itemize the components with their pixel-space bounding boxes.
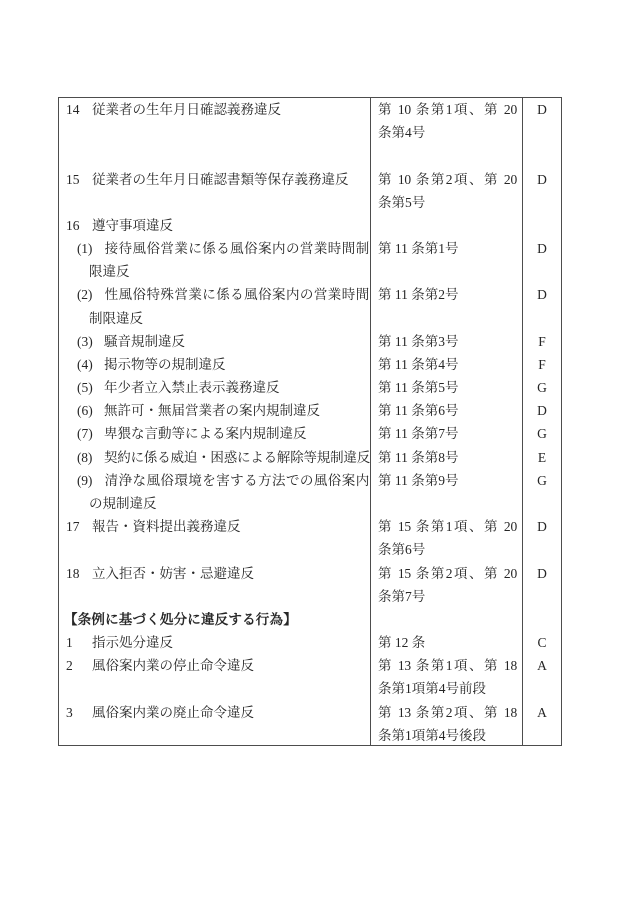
item-cell: 3風俗案内業の廃止命令違反 bbox=[59, 701, 371, 746]
item-number: 14 bbox=[66, 98, 92, 121]
table-row: (4)掲示物等の規制違反第 11 条第4号F bbox=[59, 353, 561, 376]
item-text: 卑猥な言動等による案内規制違反 bbox=[104, 426, 307, 441]
item-line: (8)契約に係る威迫・困惑による解除等規制違反 bbox=[59, 446, 370, 469]
item-text: 報告・資料提出義務違反 bbox=[92, 519, 241, 534]
item-cell: 16遵守事項違反 bbox=[59, 214, 371, 237]
item-number: (3) bbox=[77, 330, 104, 353]
item-text: 従業者の生年月日確認義務違反 bbox=[92, 102, 281, 117]
item-line: 16遵守事項違反 bbox=[59, 214, 370, 237]
law-cell: 第 10 条第2項、第 20条第5号 bbox=[371, 168, 523, 214]
grade-text: A bbox=[523, 654, 561, 677]
grade-cell: G bbox=[523, 376, 561, 399]
item-line: (9)清浄な風俗環境を害する方法での風俗案内 bbox=[59, 469, 370, 492]
grade-cell: F bbox=[523, 330, 561, 353]
table-row: (1)接待風俗営業に係る風俗案内の営業時間制限違反第 11 条第1号D bbox=[59, 237, 561, 283]
grade-cell: D bbox=[523, 515, 561, 561]
table-row: 3風俗案内業の廃止命令違反第 13 条第2項、第 18条第1項第4号後段A bbox=[59, 701, 561, 746]
grade-cell: G bbox=[523, 422, 561, 445]
table-row: (3)騒音規制違反第 11 条第3号F bbox=[59, 330, 561, 353]
grade-text: C bbox=[523, 631, 561, 654]
law-line: 第 15 条第1項、第 20 bbox=[371, 515, 522, 538]
law-line: 第 13 条第1項、第 18 bbox=[371, 654, 522, 677]
table-row: (9)清浄な風俗環境を害する方法での風俗案内の規制違反第 11 条第9号G bbox=[59, 469, 561, 515]
law-cell: 第 15 条第1項、第 20条第6号 bbox=[371, 515, 523, 561]
item-number: 3 bbox=[66, 701, 92, 724]
item-cell: (8)契約に係る威迫・困惑による解除等規制違反 bbox=[59, 446, 371, 469]
law-line: 第 11 条第4号 bbox=[371, 353, 522, 376]
grade-text: D bbox=[523, 515, 561, 538]
document-page: 14従業者の生年月日確認義務違反第 10 条第1項、第 20条第4号D15従業者… bbox=[0, 0, 630, 903]
law-cell: 第 11 条第9号 bbox=[371, 469, 523, 515]
law-line: 第 11 条第7号 bbox=[371, 422, 522, 445]
item-number: (7) bbox=[77, 422, 104, 445]
grade-text: F bbox=[523, 330, 561, 353]
item-text: 騒音規制違反 bbox=[104, 334, 185, 349]
table-row: 15従業者の生年月日確認書類等保存義務違反第 10 条第2項、第 20条第5号D bbox=[59, 168, 561, 214]
law-cell bbox=[371, 214, 523, 237]
item-number: (4) bbox=[77, 353, 104, 376]
item-line: 14従業者の生年月日確認義務違反 bbox=[59, 98, 370, 121]
item-text: 従業者の生年月日確認書類等保存義務違反 bbox=[92, 172, 349, 187]
item-cell: (6)無許可・無届営業者の案内規制違反 bbox=[59, 399, 371, 422]
item-text: 風俗案内業の停止命令違反 bbox=[92, 658, 254, 673]
item-text: 立入拒否・妨害・忌避違反 bbox=[92, 566, 254, 581]
item-line: 17報告・資料提出義務違反 bbox=[59, 515, 370, 538]
law-line: 条第7号 bbox=[371, 585, 522, 608]
item-line: (3)騒音規制違反 bbox=[59, 330, 370, 353]
item-line: 2風俗案内業の停止命令違反 bbox=[59, 654, 370, 677]
item-number: 16 bbox=[66, 214, 92, 237]
law-cell: 第 11 条第5号 bbox=[371, 376, 523, 399]
item-cell: 2風俗案内業の停止命令違反 bbox=[59, 654, 371, 700]
table-row: (7)卑猥な言動等による案内規制違反第 11 条第7号G bbox=[59, 422, 561, 445]
grade-cell: F bbox=[523, 353, 561, 376]
item-text: 接待風俗営業に係る風俗案内の営業時間制 bbox=[104, 241, 369, 256]
grade-cell: A bbox=[523, 701, 561, 746]
grade-cell: D bbox=[523, 562, 561, 608]
item-number: (2) bbox=[77, 283, 104, 306]
law-line: 第 11 条第3号 bbox=[371, 330, 522, 353]
item-cell: (9)清浄な風俗環境を害する方法での風俗案内の規制違反 bbox=[59, 469, 371, 515]
item-cell: 18立入拒否・妨害・忌避違反 bbox=[59, 562, 371, 608]
grade-cell: G bbox=[523, 469, 561, 515]
item-cell: (2)性風俗特殊営業に係る風俗案内の営業時間制限違反 bbox=[59, 283, 371, 329]
law-cell: 第 11 条第8号 bbox=[371, 446, 523, 469]
item-number: (6) bbox=[77, 399, 104, 422]
item-text: 性風俗特殊営業に係る風俗案内の営業時間 bbox=[104, 287, 369, 302]
grade-text: G bbox=[523, 422, 561, 445]
grade-text: F bbox=[523, 353, 561, 376]
law-line: 第 11 条第1号 bbox=[371, 237, 522, 260]
law-cell: 第 13 条第1項、第 18条第1項第4号前段 bbox=[371, 654, 523, 700]
section-header-line: 【条例に基づく処分に違反する行為】 bbox=[59, 608, 370, 631]
item-text: 遵守事項違反 bbox=[92, 218, 173, 233]
table-row: (2)性風俗特殊営業に係る風俗案内の営業時間制限違反第 11 条第2号D bbox=[59, 283, 561, 329]
grade-cell: E bbox=[523, 446, 561, 469]
grade-cell: D bbox=[523, 98, 561, 168]
item-line: 15従業者の生年月日確認書類等保存義務違反 bbox=[59, 168, 370, 191]
law-cell bbox=[371, 608, 523, 631]
grade-text: D bbox=[523, 237, 561, 260]
law-cell: 第 11 条第1号 bbox=[371, 237, 523, 283]
grade-text: G bbox=[523, 469, 561, 492]
table-row: (6)無許可・無届営業者の案内規制違反第 11 条第6号D bbox=[59, 399, 561, 422]
violation-table: 14従業者の生年月日確認義務違反第 10 条第1項、第 20条第4号D15従業者… bbox=[58, 97, 562, 746]
item-text: 無許可・無届営業者の案内規制違反 bbox=[104, 403, 320, 418]
item-text: 指示処分違反 bbox=[92, 635, 173, 650]
item-text: 清浄な風俗環境を害する方法での風俗案内 bbox=[104, 473, 369, 488]
item-cell: (5)年少者立入禁止表示義務違反 bbox=[59, 376, 371, 399]
grade-cell: D bbox=[523, 283, 561, 329]
grade-cell: D bbox=[523, 237, 561, 283]
law-line: 第 15 条第2項、第 20 bbox=[371, 562, 522, 585]
item-text: 契約に係る威迫・困惑による解除等規制違反 bbox=[104, 450, 370, 465]
item-cell: (4)掲示物等の規制違反 bbox=[59, 353, 371, 376]
table-row: 17報告・資料提出義務違反第 15 条第1項、第 20条第6号D bbox=[59, 515, 561, 561]
law-cell: 第 12 条 bbox=[371, 631, 523, 654]
law-line: 条第1項第4号前段 bbox=[371, 677, 522, 700]
item-cell: (3)騒音規制違反 bbox=[59, 330, 371, 353]
item-number: (9) bbox=[77, 469, 104, 492]
table-row: 18立入拒否・妨害・忌避違反第 15 条第2項、第 20条第7号D bbox=[59, 562, 561, 608]
item-line: 限違反 bbox=[59, 260, 370, 283]
item-number: 17 bbox=[66, 515, 92, 538]
law-line: 条第4号 bbox=[371, 121, 522, 144]
law-cell: 第 11 条第2号 bbox=[371, 283, 523, 329]
item-line: の規制違反 bbox=[59, 492, 370, 515]
law-line: 条第1項第4号後段 bbox=[371, 724, 522, 746]
grade-cell: D bbox=[523, 168, 561, 214]
grade-text: G bbox=[523, 376, 561, 399]
grade-text: D bbox=[523, 168, 561, 191]
law-line: 条第5号 bbox=[371, 191, 522, 214]
item-text: 掲示物等の規制違反 bbox=[104, 357, 226, 372]
grade-text: A bbox=[523, 701, 561, 724]
item-line: (2)性風俗特殊営業に係る風俗案内の営業時間 bbox=[59, 283, 370, 306]
item-line: (4)掲示物等の規制違反 bbox=[59, 353, 370, 376]
item-number: (5) bbox=[77, 376, 104, 399]
law-cell: 第 11 条第6号 bbox=[371, 399, 523, 422]
grade-text: E bbox=[523, 446, 561, 469]
grade-text: D bbox=[523, 562, 561, 585]
item-line: (1)接待風俗営業に係る風俗案内の営業時間制 bbox=[59, 237, 370, 260]
table-row: 1指示処分違反第 12 条C bbox=[59, 631, 561, 654]
table-row: 2風俗案内業の停止命令違反第 13 条第1項、第 18条第1項第4号前段A bbox=[59, 654, 561, 700]
law-cell: 第 11 条第7号 bbox=[371, 422, 523, 445]
item-cell: 1指示処分違反 bbox=[59, 631, 371, 654]
item-cell: 17報告・資料提出義務違反 bbox=[59, 515, 371, 561]
item-cell: (7)卑猥な言動等による案内規制違反 bbox=[59, 422, 371, 445]
item-cell: 14従業者の生年月日確認義務違反 bbox=[59, 98, 371, 168]
law-cell: 第 11 条第3号 bbox=[371, 330, 523, 353]
item-line: 1指示処分違反 bbox=[59, 631, 370, 654]
law-cell: 第 15 条第2項、第 20条第7号 bbox=[371, 562, 523, 608]
law-cell: 第 10 条第1項、第 20条第4号 bbox=[371, 98, 523, 168]
item-number: 15 bbox=[66, 168, 92, 191]
item-number: 18 bbox=[66, 562, 92, 585]
item-text: 風俗案内業の廃止命令違反 bbox=[92, 705, 254, 720]
grade-cell: D bbox=[523, 399, 561, 422]
table-row: 14従業者の生年月日確認義務違反第 10 条第1項、第 20条第4号D bbox=[59, 98, 561, 168]
grade-cell: C bbox=[523, 631, 561, 654]
item-cell: (1)接待風俗営業に係る風俗案内の営業時間制限違反 bbox=[59, 237, 371, 283]
law-line: 第 11 条第2号 bbox=[371, 283, 522, 306]
item-line: (5)年少者立入禁止表示義務違反 bbox=[59, 376, 370, 399]
law-line: 第 13 条第2項、第 18 bbox=[371, 701, 522, 724]
item-number: 1 bbox=[66, 631, 92, 654]
item-text: 年少者立入禁止表示義務違反 bbox=[104, 380, 280, 395]
grade-text: D bbox=[523, 399, 561, 422]
item-number: 2 bbox=[66, 654, 92, 677]
item-number: (1) bbox=[77, 237, 104, 260]
law-line: 第 10 条第1項、第 20 bbox=[371, 98, 522, 121]
law-line: 第 11 条第9号 bbox=[371, 469, 522, 492]
table-row: (5)年少者立入禁止表示義務違反第 11 条第5号G bbox=[59, 376, 561, 399]
grade-cell: A bbox=[523, 654, 561, 700]
item-number: (8) bbox=[77, 446, 104, 469]
law-line: 第 12 条 bbox=[371, 631, 522, 654]
grade-text: D bbox=[523, 98, 561, 121]
table-row: (8)契約に係る威迫・困惑による解除等規制違反第 11 条第8号E bbox=[59, 446, 561, 469]
grade-text: D bbox=[523, 283, 561, 306]
item-line: (6)無許可・無届営業者の案内規制違反 bbox=[59, 399, 370, 422]
law-line: 第 11 条第6号 bbox=[371, 399, 522, 422]
law-cell: 第 11 条第4号 bbox=[371, 353, 523, 376]
law-line: 条第6号 bbox=[371, 538, 522, 561]
item-line: (7)卑猥な言動等による案内規制違反 bbox=[59, 422, 370, 445]
grade-cell bbox=[523, 214, 561, 237]
law-line: 第 10 条第2項、第 20 bbox=[371, 168, 522, 191]
table-row: 【条例に基づく処分に違反する行為】 bbox=[59, 608, 561, 631]
table-row: 16遵守事項違反 bbox=[59, 214, 561, 237]
law-line: 第 11 条第5号 bbox=[371, 376, 522, 399]
item-line: 18立入拒否・妨害・忌避違反 bbox=[59, 562, 370, 585]
item-line: 制限違反 bbox=[59, 307, 370, 330]
item-cell: 15従業者の生年月日確認書類等保存義務違反 bbox=[59, 168, 371, 214]
grade-cell bbox=[523, 608, 561, 631]
item-line: 3風俗案内業の廃止命令違反 bbox=[59, 701, 370, 724]
law-line: 第 11 条第8号 bbox=[371, 446, 522, 469]
item-cell: 【条例に基づく処分に違反する行為】 bbox=[59, 608, 371, 631]
law-cell: 第 13 条第2項、第 18条第1項第4号後段 bbox=[371, 701, 523, 746]
